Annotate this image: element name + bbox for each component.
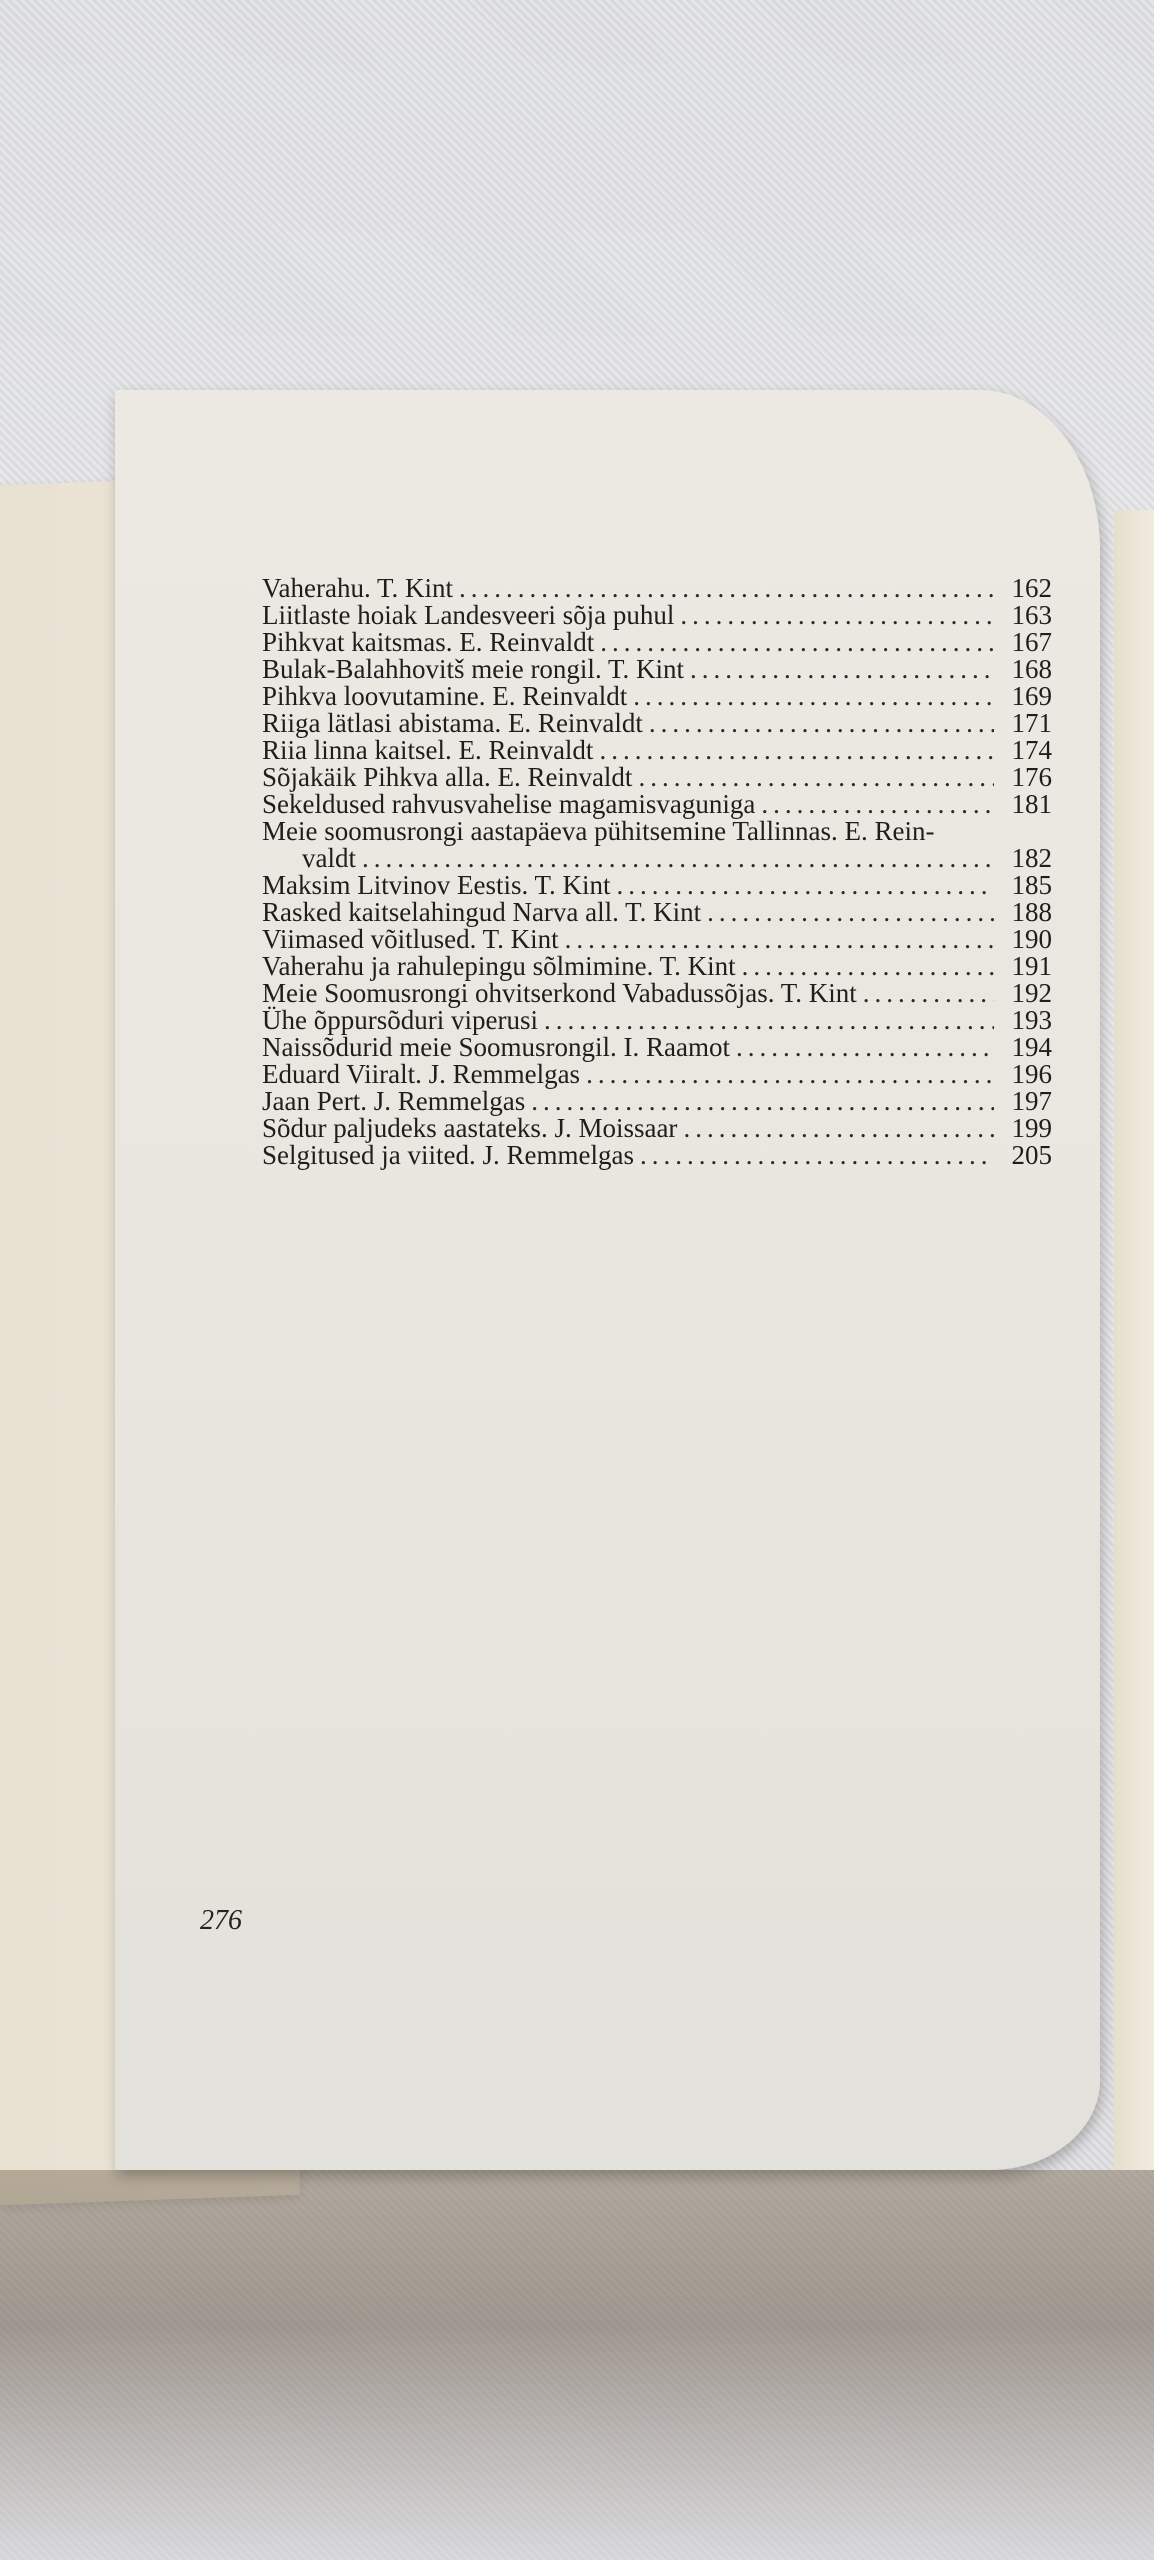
table-of-contents: Vaherahu. T. Kint 162 Liitlaste hoiak La… [262, 575, 1052, 1169]
toc-entry-page: 196 [1000, 1061, 1052, 1088]
toc-entry: Jaan Pert. J. Remmelgas 197 [262, 1088, 1052, 1115]
toc-entry-page: 171 [1000, 710, 1052, 737]
toc-entry: Rasked kaitselahingud Narva all. T. Kint… [262, 899, 1052, 926]
toc-leader-dots [638, 764, 994, 791]
toc-leader-dots [683, 1115, 994, 1142]
toc-leader-dots [742, 953, 994, 980]
toc-entry: Pihkva loovutamine. E. Reinvaldt 169 [262, 683, 1052, 710]
toc-entry: Meie Soomusrongi ohvitserkond Vabadussõj… [262, 980, 1052, 1007]
toc-leader-dots [599, 737, 994, 764]
toc-entry-title: Eduard Viiralt. J. Remmelgas [262, 1061, 580, 1088]
toc-entry: Liitlaste hoiak Landesveeri sõja puhul 1… [262, 602, 1052, 629]
toc-leader-dots [863, 980, 994, 1007]
toc-entry: Selgitused ja viited. J. Remmelgas 205 [262, 1142, 1052, 1169]
toc-leader-dots [565, 926, 994, 953]
toc-entry-page: 205 [1000, 1142, 1052, 1169]
toc-leader-dots [544, 1007, 994, 1034]
toc-entry-title: Riia linna kaitsel. E. Reinvaldt [262, 737, 593, 764]
toc-entry-title: Rasked kaitselahingud Narva all. T. Kint [262, 899, 701, 926]
toc-entry-title: Bulak-Balahhovitš meie rongil. T. Kint [262, 656, 684, 683]
toc-entry-page: 162 [1000, 575, 1052, 602]
toc-entry-title: Vaherahu. T. Kint [262, 575, 453, 602]
toc-entry: Sõdur paljudeks aastateks. J. Moissaar 1… [262, 1115, 1052, 1142]
toc-leader-dots [600, 629, 994, 656]
toc-entry-title: Sekeldused rahvusvahelise magamisvagunig… [262, 791, 755, 818]
toc-entry-title: Liitlaste hoiak Landesveeri sõja puhul [262, 602, 674, 629]
toc-entry: Riia linna kaitsel. E. Reinvaldt 174 [262, 737, 1052, 764]
toc-leader-dots [586, 1061, 994, 1088]
toc-entry: Riiga lätlasi abistama. E. Reinvaldt 171 [262, 710, 1052, 737]
toc-entry-title-continued: valdt [302, 845, 356, 872]
toc-entry-page: 193 [1000, 1007, 1052, 1034]
toc-entry: Maksim Litvinov Eestis. T. Kint 185 [262, 872, 1052, 899]
toc-leader-dots [640, 1142, 994, 1169]
book-shadow [0, 2170, 1154, 2560]
toc-entry-page: 181 [1000, 791, 1052, 818]
toc-entry-page: 188 [1000, 899, 1052, 926]
toc-entry: Naissõdurid meie Soomusrongil. I. Raamot… [262, 1034, 1052, 1061]
toc-leader-dots [617, 872, 995, 899]
toc-entry: Pihkvat kaitsmas. E. Reinvaldt 167 [262, 629, 1052, 656]
toc-entry-title: Riiga lätlasi abistama. E. Reinvaldt [262, 710, 643, 737]
toc-leader-dots [633, 683, 994, 710]
toc-entry: Bulak-Balahhovitš meie rongil. T. Kint 1… [262, 656, 1052, 683]
toc-entry-page: 192 [1000, 980, 1052, 1007]
toc-entry-title: Pihkvat kaitsmas. E. Reinvaldt [262, 629, 594, 656]
toc-entry: Ühe õppursõduri viperusi 193 [262, 1007, 1052, 1034]
toc-entry-title: Vaherahu ja rahulepingu sõlmimine. T. Ki… [262, 953, 736, 980]
toc-entry-title: Meie soomusrongi aastapäeva pühitsemine … [262, 818, 934, 845]
toc-leader-dots [707, 899, 994, 926]
next-page-edge [1114, 510, 1154, 2170]
toc-entry-page: 169 [1000, 683, 1052, 710]
toc-entry: Vaherahu. T. Kint 162 [262, 575, 1052, 602]
toc-leader-dots [649, 710, 994, 737]
toc-leader-dots [761, 791, 994, 818]
toc-entry-title: Selgitused ja viited. J. Remmelgas [262, 1142, 634, 1169]
toc-entry-page: 194 [1000, 1034, 1052, 1061]
toc-entry-title: Sõjakäik Pihkva alla. E. Reinvaldt [262, 764, 632, 791]
toc-entry-page: 174 [1000, 737, 1052, 764]
toc-entry-title: Jaan Pert. J. Remmelgas [262, 1088, 525, 1115]
toc-entry-page: 163 [1000, 602, 1052, 629]
page-number: 276 [200, 1905, 242, 1937]
toc-entry-page: 191 [1000, 953, 1052, 980]
toc-entry-title: Maksim Litvinov Eestis. T. Kint [262, 872, 611, 899]
toc-entry-page: 199 [1000, 1115, 1052, 1142]
toc-entry-page: 197 [1000, 1088, 1052, 1115]
toc-entry: Sekeldused rahvusvahelise magamisvagunig… [262, 791, 1052, 818]
toc-entry-title: Meie Soomusrongi ohvitserkond Vabadussõj… [262, 980, 857, 1007]
toc-entry-title: Naissõdurid meie Soomusrongil. I. Raamot [262, 1034, 730, 1061]
toc-entry-title: Pihkva loovutamine. E. Reinvaldt [262, 683, 627, 710]
toc-entry: Viimased võitlused. T. Kint 190 [262, 926, 1052, 953]
toc-entry-page: 185 [1000, 872, 1052, 899]
toc-entry-continuation: valdt 182 [262, 845, 1052, 872]
toc-entry-page: 190 [1000, 926, 1052, 953]
toc-entry-page: 176 [1000, 764, 1052, 791]
toc-entry-page: 182 [1000, 845, 1052, 872]
toc-leader-dots [459, 575, 994, 602]
toc-entry: Eduard Viiralt. J. Remmelgas 196 [262, 1061, 1052, 1088]
toc-entry-title: Ühe õppursõduri viperusi [262, 1007, 538, 1034]
toc-entry-page: 168 [1000, 656, 1052, 683]
toc-entry: Vaherahu ja rahulepingu sõlmimine. T. Ki… [262, 953, 1052, 980]
toc-entry: Meie soomusrongi aastapäeva pühitsemine … [262, 818, 1052, 845]
toc-entry: Sõjakäik Pihkva alla. E. Reinvaldt 176 [262, 764, 1052, 791]
toc-entry-page: 167 [1000, 629, 1052, 656]
toc-entry-title: Sõdur paljudeks aastateks. J. Moissaar [262, 1115, 677, 1142]
toc-leader-dots [736, 1034, 994, 1061]
toc-entry-title: Viimased võitlused. T. Kint [262, 926, 559, 953]
toc-leader-dots [690, 656, 994, 683]
toc-leader-dots [680, 602, 994, 629]
toc-leader-dots [362, 845, 994, 872]
toc-leader-dots [531, 1088, 994, 1115]
